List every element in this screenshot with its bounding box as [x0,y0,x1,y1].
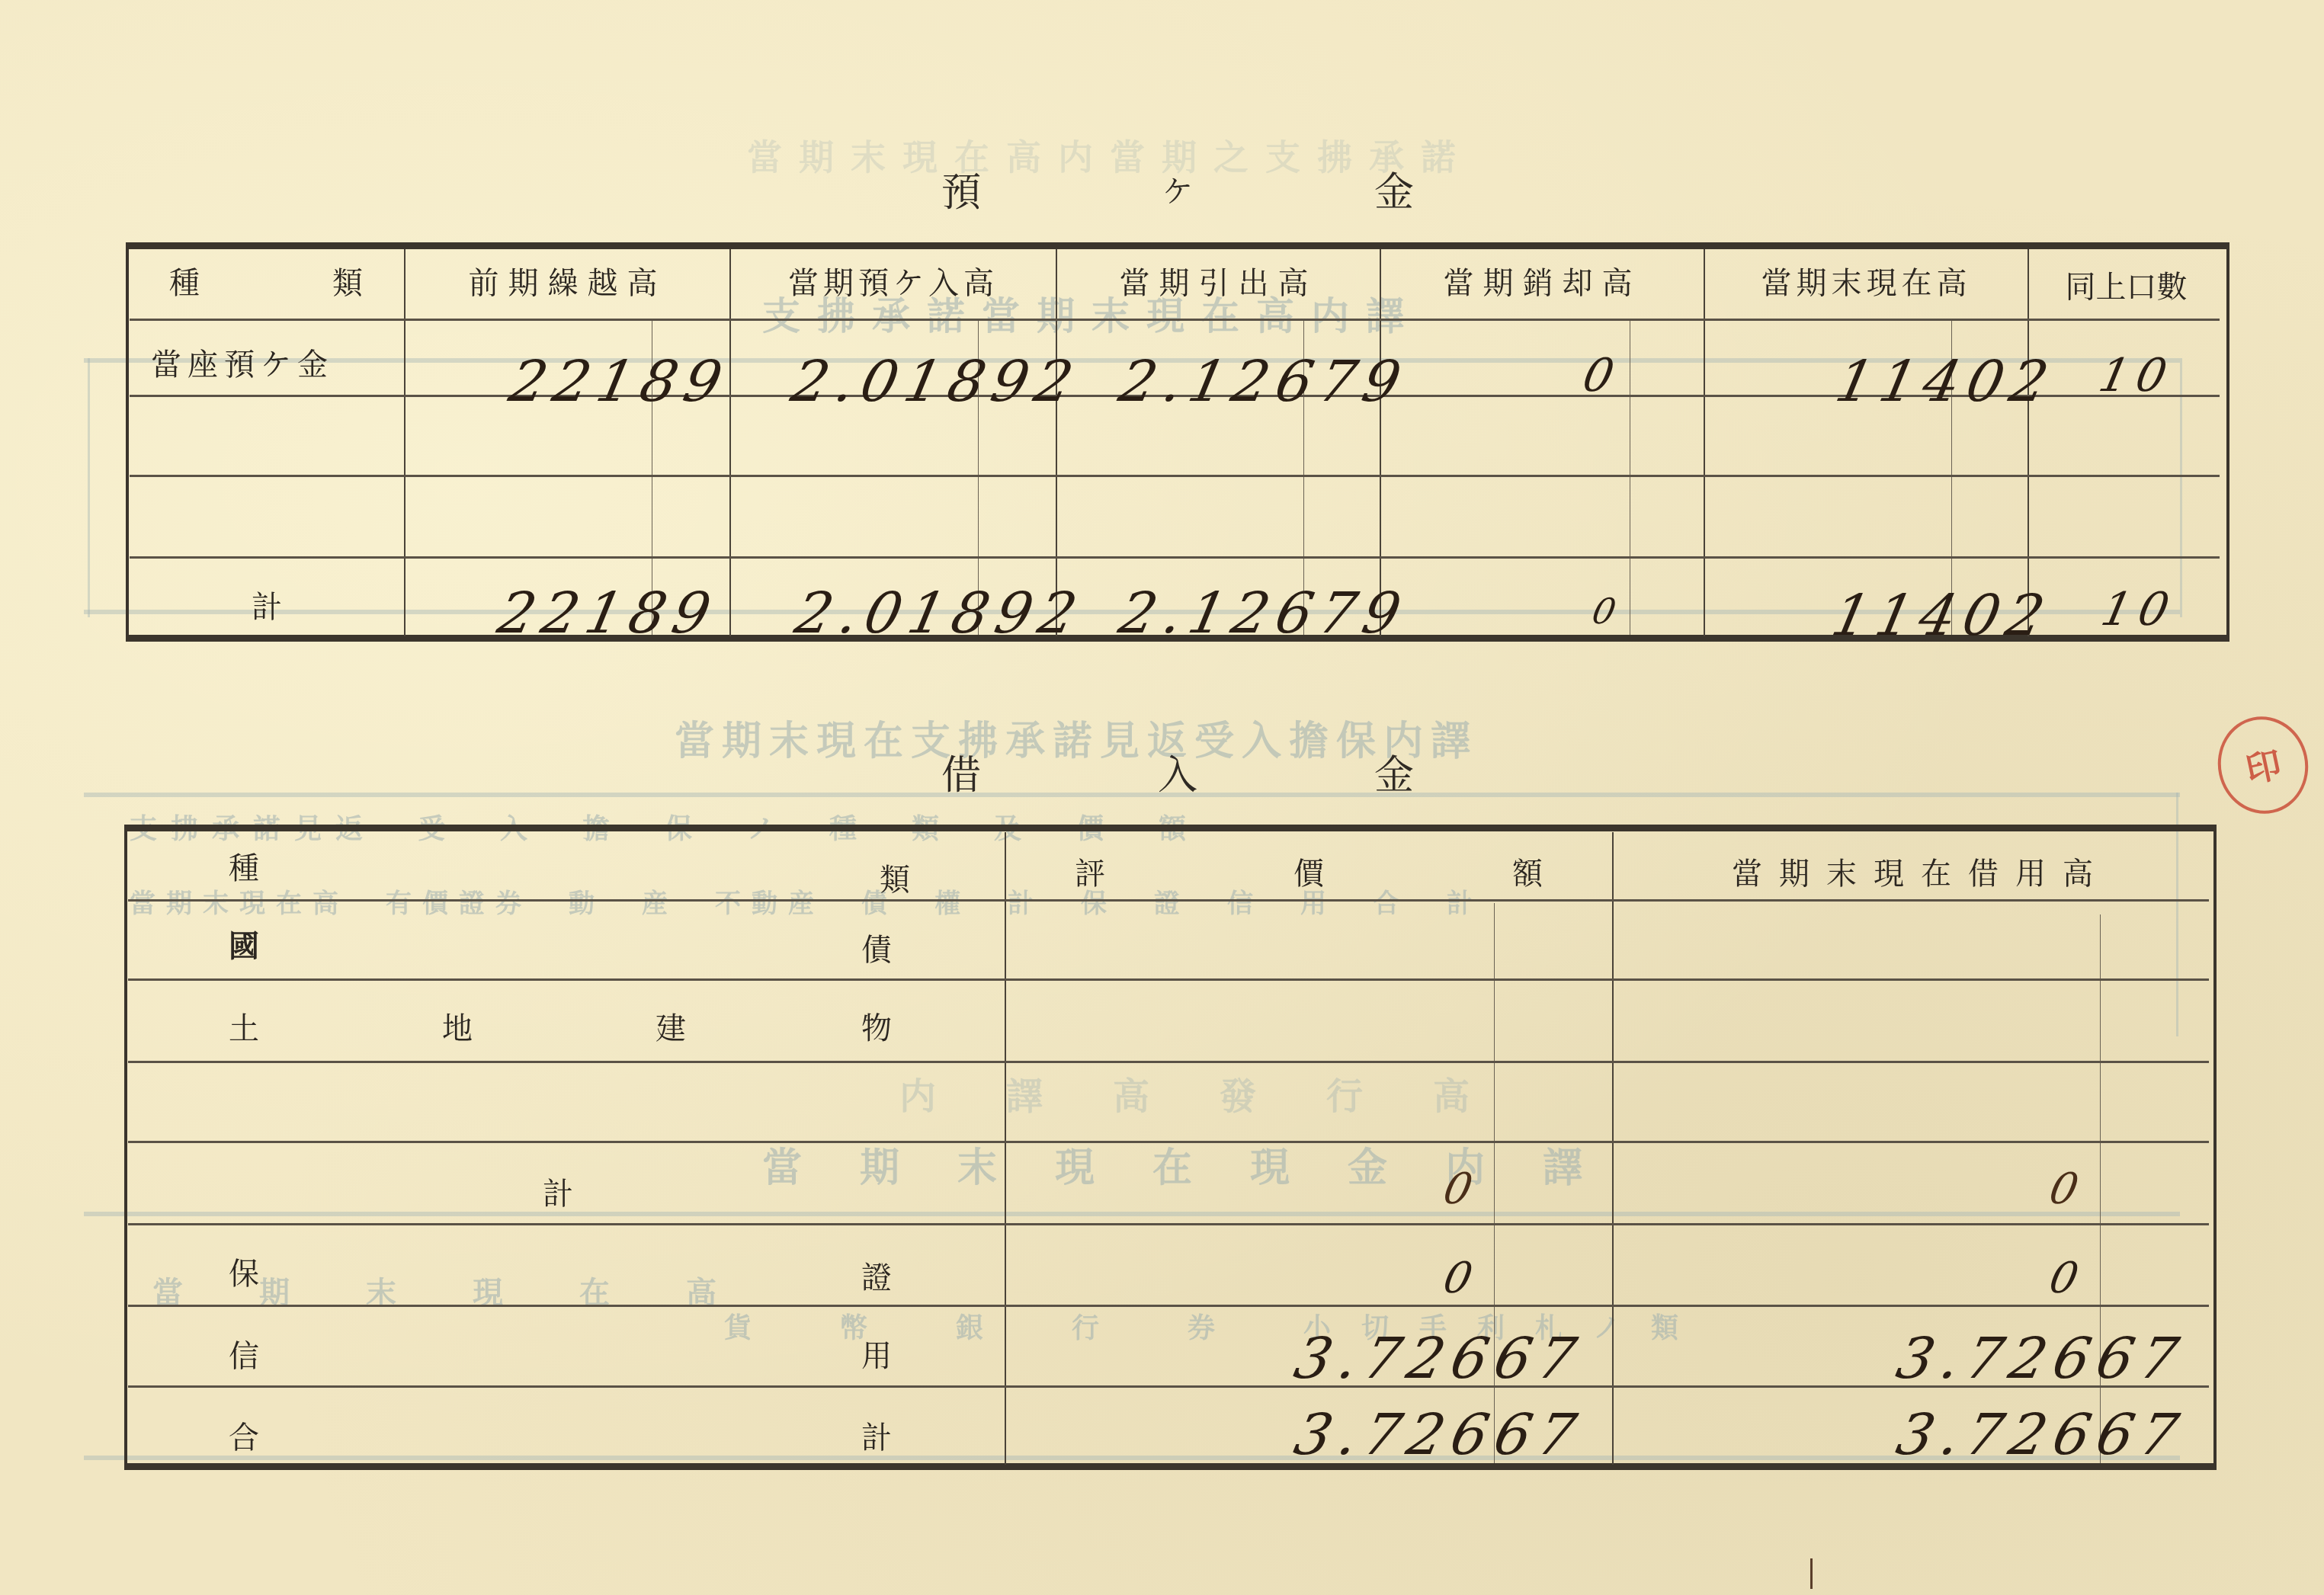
row-divider [128,978,2209,981]
row-label-total: 計 [252,583,282,626]
row-divider [130,475,2220,477]
borrowings-title-char: 入 [1158,743,1197,800]
header-ending-balance: 當期末現在高 [1705,259,2027,303]
row-label-right: 證 [861,1254,892,1297]
cell-ending-balance: 11402 [1830,349,2062,415]
column-divider [2027,249,2029,636]
row-label-left: 土 [229,1004,259,1048]
column-divider [1380,249,1381,636]
total-account-count: 10 [2097,583,2181,636]
borrowings-title-char: 金 [1374,743,1414,800]
deposits-title-char: 金 [1374,160,1414,217]
header-type-char: 類 [880,856,915,899]
deposits-title-char: 預 [941,160,981,217]
row-divider [130,319,2220,321]
row-divider [128,1141,2209,1143]
show-through-rule [88,358,90,617]
subcolumn-divider [1630,320,1630,635]
header-account-count: 同上口數 [2029,263,2223,306]
cell-appraised-value: 3.72667 [1289,1326,1589,1392]
header-previous-balance: 前期繰越高 [405,259,729,303]
header-deposits-in: 當期預ケ入高 [731,259,1056,303]
row-label-left: 信 [229,1332,259,1376]
header-type-char: 類 [332,259,367,303]
column-divider [729,249,731,636]
header-type: 種 類 [169,259,367,303]
header-write-off: 當期銷却高 [1381,259,1704,303]
row-label-subtotal: 計 [543,1170,573,1213]
ink-mark [1810,1558,1813,1589]
total-previous-balance: 22189 [492,581,724,646]
row-label-right: 物 [861,1004,892,1048]
total-ending-borrowed: 3.72667 [1891,1402,2191,1468]
row-divider [128,1223,2209,1225]
header-ending-borrowed: 當期末現在借用高 [1639,850,2203,893]
total-appraised-value: 3.72667 [1289,1402,1589,1468]
column-divider [1056,249,1057,636]
cell-deposits-in: 2.01892 [786,349,1086,415]
row-label-left: 國 [229,922,259,966]
row-label-mid: 建 [656,1004,686,1048]
deposits-title-char: ケ [1162,168,1193,217]
row-divider [130,556,2220,559]
header-appraised-char: 價 [1293,850,1329,893]
column-divider [1005,832,1006,1465]
row-label-right: 計 [861,1414,892,1457]
column-divider [1704,249,1705,636]
cell-withdrawals: 2.12679 [1114,349,1414,415]
total-ending-balance: 11402 [1826,583,2058,649]
header-type-char: 種 [229,844,264,899]
cell-ending-borrowed: 3.72667 [1891,1326,2191,1392]
table-frame [126,248,2229,636]
header-appraised-value: 評 價 額 [1075,850,1547,893]
cell-account-count: 10 [2095,349,2179,402]
row-label-mid: 地 [442,1004,473,1048]
column-divider [404,249,405,636]
header-appraised-char: 評 [1075,850,1110,893]
column-divider [1612,832,1614,1465]
header-type-char: 種 [169,259,204,303]
deposits-title: 預 ケ 金 [941,160,1414,217]
row-divider [128,1305,2209,1307]
total-deposits-in: 2.01892 [790,581,1090,646]
header-type: 種 類 [229,844,915,899]
header-withdrawals: 當期引出高 [1057,259,1380,303]
row-label-right: 用 [861,1332,892,1376]
row-label-current-deposit: 當座預ケ金 [151,341,334,384]
row-divider [128,1061,2209,1063]
row-label-left: 保 [229,1250,259,1293]
total-withdrawals: 2.12679 [1114,581,1414,646]
row-divider [128,899,2209,902]
header-appraised-char: 額 [1512,850,1547,893]
borrowings-title-char: 借 [941,743,981,800]
borrowings-title: 借 入 金 [941,743,1414,800]
row-label-right: 債 [861,926,892,969]
cell-previous-balance: 22189 [504,349,736,415]
row-label-left: 合 [229,1414,259,1457]
red-seal-stamp: 印 [2209,708,2317,822]
